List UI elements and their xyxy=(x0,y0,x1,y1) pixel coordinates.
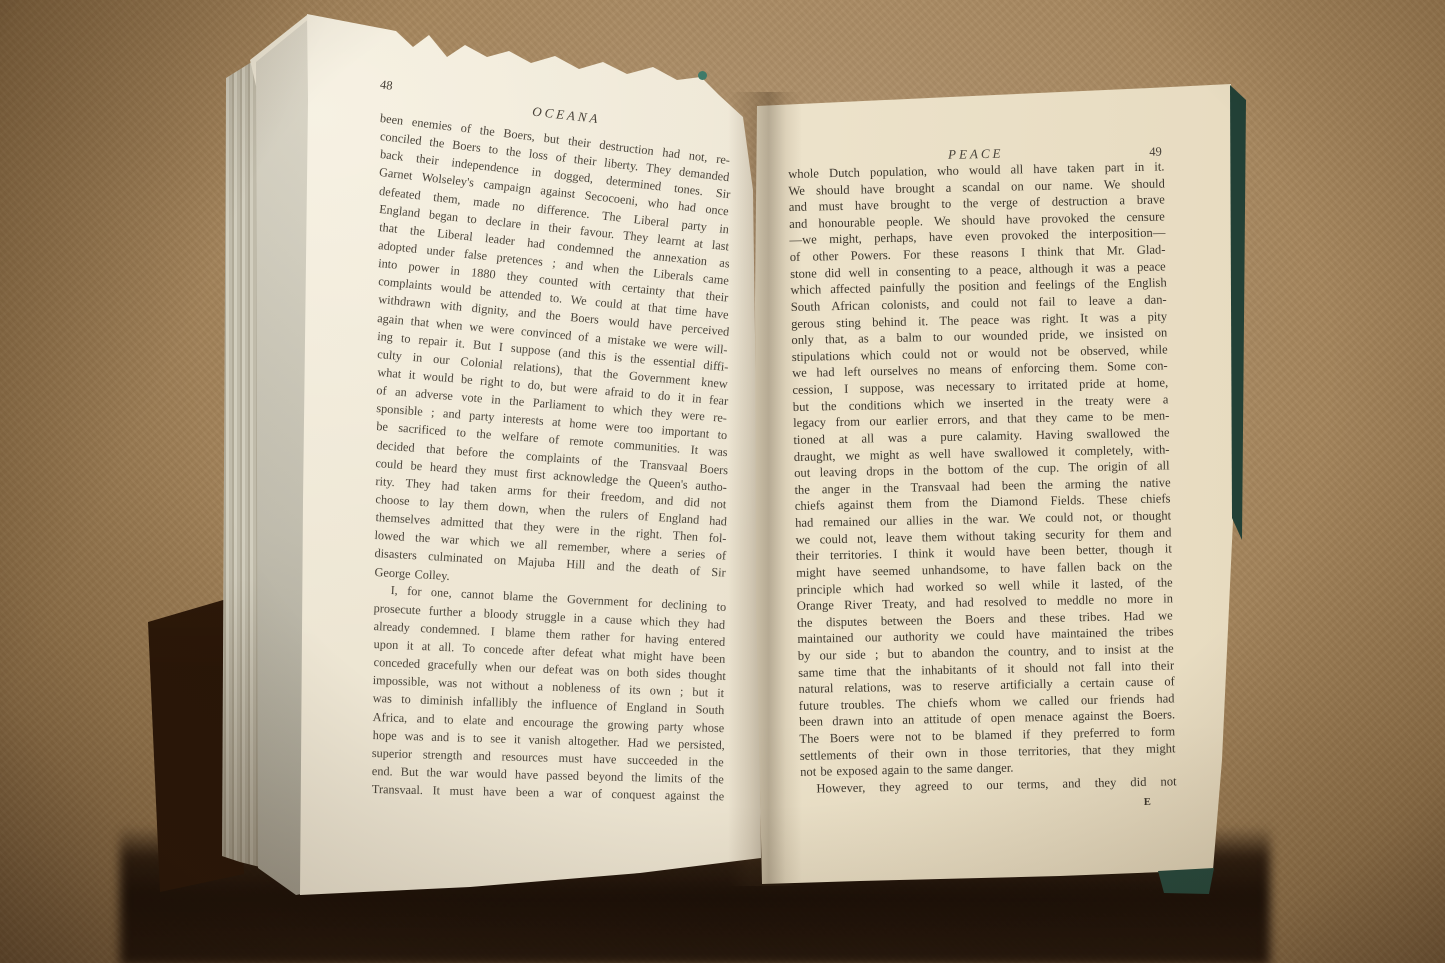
cover-speck-top xyxy=(698,71,707,80)
right-page-number: 49 xyxy=(1149,144,1164,159)
open-book-photo: 48 OCEANA been enemies of the Boers, but… xyxy=(0,0,1445,963)
right-page-text: PEACE 49 whole Dutch population, who wou… xyxy=(788,159,1178,866)
right-page-lines: whole Dutch population, who would all ha… xyxy=(788,159,1178,866)
